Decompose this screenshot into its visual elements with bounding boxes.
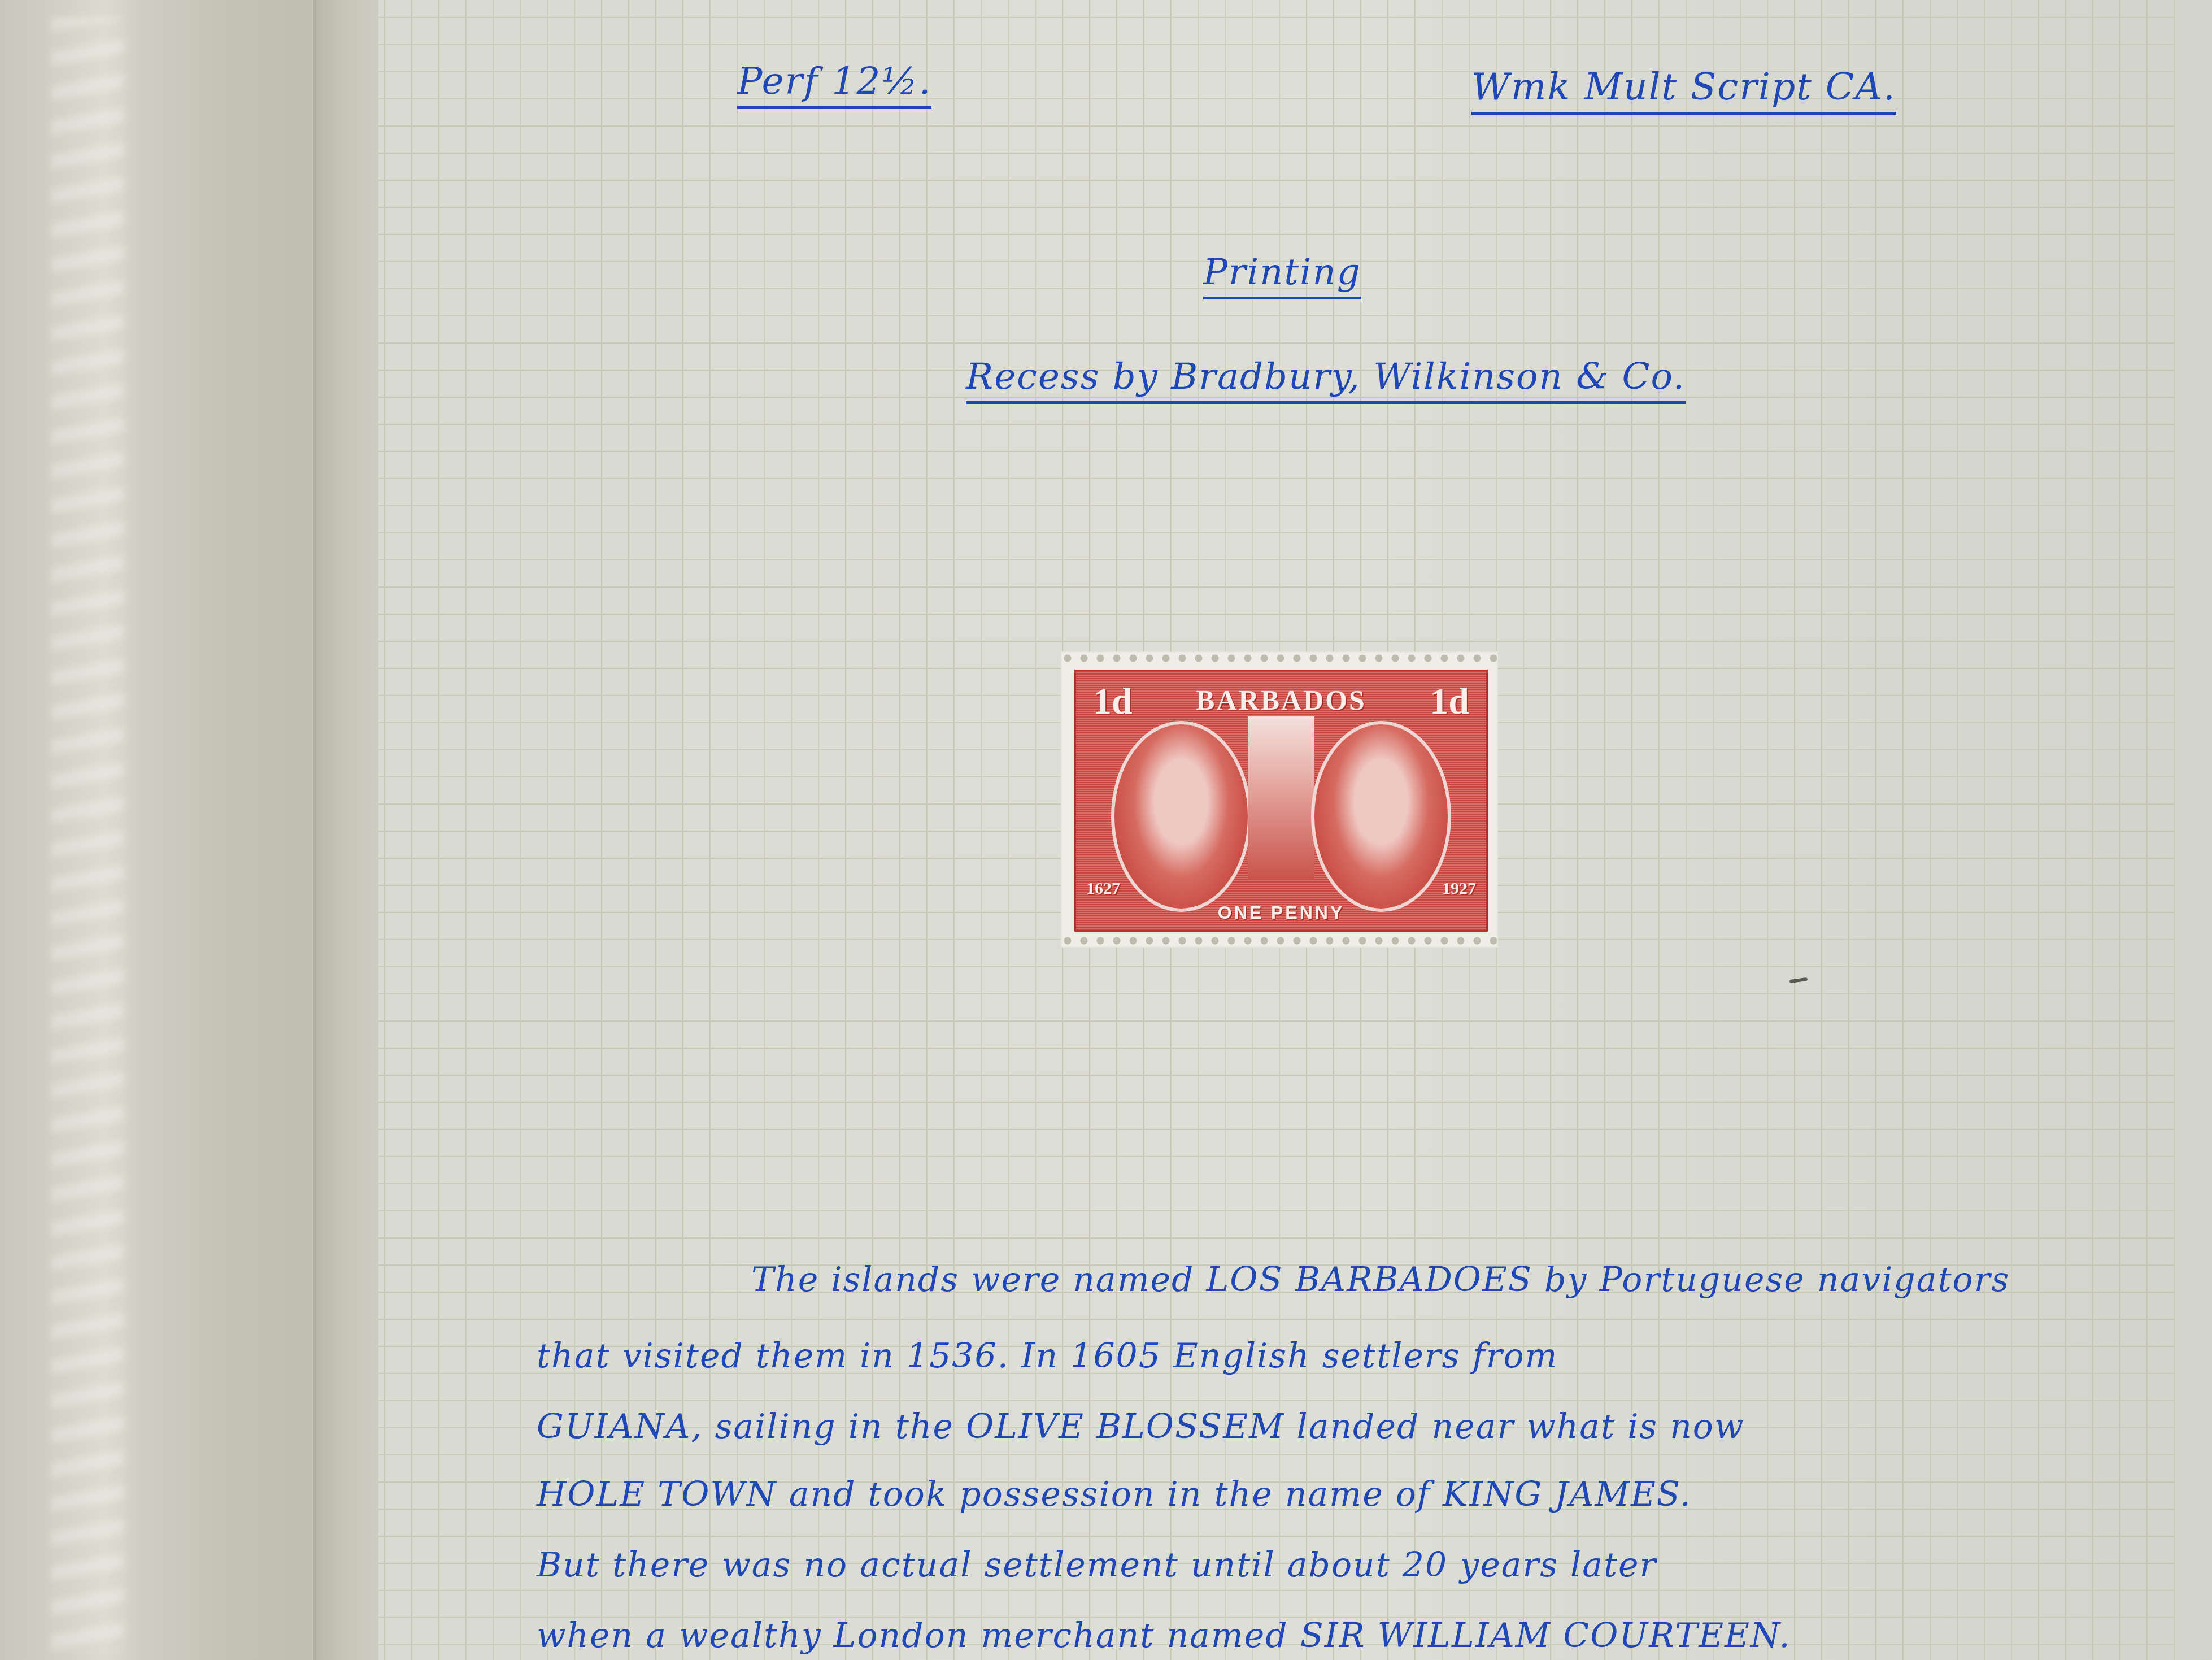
perforations-top [1062,653,1497,664]
printing-method: Recess by Bradbury, Wilkinson & Co. [966,356,1686,404]
stamp-year-right: 1927 [1442,879,1476,898]
description-line: GUIANA, sailing in the OLIVE BLOSSEM lan… [537,1407,1744,1446]
description-line: that visited them in 1536. In 1605 Engli… [537,1336,1558,1376]
printing-heading: Printing [1203,251,1361,299]
interleaving-tissue [0,0,316,1660]
tissue-reflection [51,17,124,1655]
stamp-value-left: 1d [1093,680,1133,723]
binding-edge [313,0,316,1660]
stamp-year-left: 1627 [1086,879,1120,898]
watermark-note: Wmk Mult Script CA. [1471,65,1896,115]
stamp-value-right: 1d [1430,680,1469,723]
palm-tree-scene [1248,716,1314,880]
description-line: But there was no actual settlement until… [537,1545,1657,1585]
stamp: BARBADOS 1d 1d 1627 1927 ONE PENNY [1062,653,1497,946]
perforations-bottom [1062,935,1497,946]
binding-gutter [316,0,384,1660]
description-line: The islands were named LOS BARBADOES by … [751,1260,2010,1300]
description-line: when a wealthy London merchant named SIR… [537,1616,1791,1655]
stamp-design: BARBADOS 1d 1d 1627 1927 ONE PENNY [1074,670,1488,932]
description-line: HOLE TOWN and took possession in the nam… [537,1475,1692,1514]
stamp-denomination: ONE PENNY [1076,902,1486,923]
portrait-king-charles [1111,721,1251,912]
portrait-king-george [1311,721,1451,912]
stamp-country: BARBADOS [1076,684,1486,716]
perforation-note: Perf 12½. [737,59,931,109]
